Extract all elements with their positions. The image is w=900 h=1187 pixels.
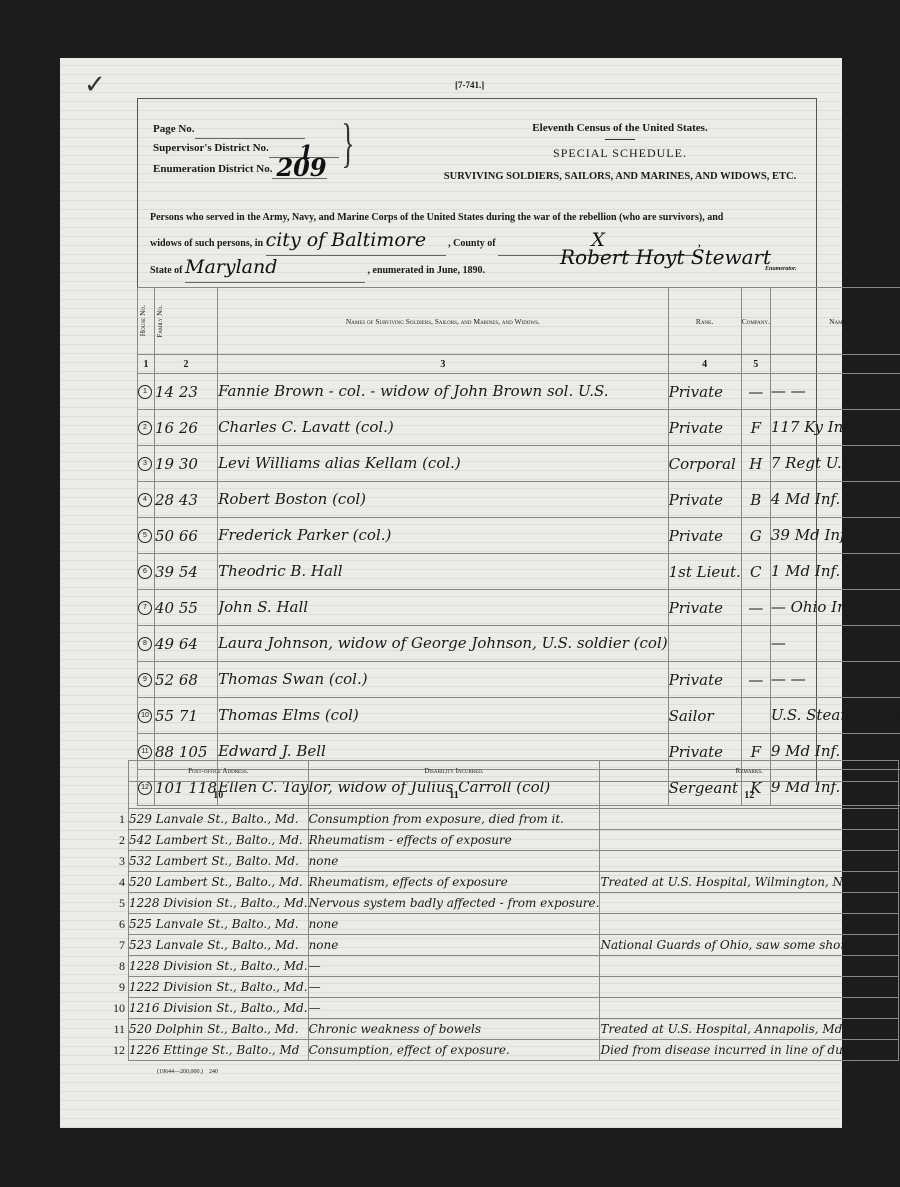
line-number: 5 — [113, 893, 129, 914]
post-office-address: 525 Lanvale St., Balto., Md. — [129, 914, 309, 935]
census-title: Eleventh Census of the United States. — [430, 122, 810, 134]
line-number: 2 — [113, 830, 129, 851]
family-no: 14 23 — [155, 374, 218, 410]
post-office-address: 1228 Division St., Balto., Md. — [129, 893, 309, 914]
enumerator-signature: Robert Hoyt Stewart — [560, 245, 771, 269]
supervisor-label: Supervisor's District No. — [153, 139, 269, 158]
line-number: 10 — [113, 998, 129, 1019]
soldier-name: Theodric B. Hall — [218, 554, 669, 590]
disability: Nervous system badly affected - from exp… — [308, 893, 600, 914]
address-row: 7523 Lanvale St., Balto., Md.noneNationa… — [113, 935, 900, 956]
remarks — [600, 809, 899, 830]
post-office-address: 529 Lanvale St., Balto., Md. — [129, 809, 309, 830]
company: C — [741, 554, 770, 590]
col-num-11: 11 — [308, 782, 600, 809]
house-no: 10 — [138, 698, 155, 734]
soldier-name: Laura Johnson, widow of George Johnson, … — [218, 626, 669, 662]
enumeration-label: Enumeration District No. — [153, 160, 272, 179]
line-number: 6 — [113, 914, 129, 935]
address-row: 3532 Lambert St., Balto. Md.none3 — [113, 851, 900, 872]
regiment: — — — [770, 374, 900, 410]
post-office-address: 1222 Division St., Balto., Md. — [129, 977, 309, 998]
company: F — [741, 410, 770, 446]
soldier-row: 550 66Frederick Parker (col.)PrivateG39 … — [138, 518, 900, 554]
soldier-name: John S. Hall — [218, 590, 669, 626]
disability: — — [308, 956, 600, 977]
disability: — — [308, 977, 600, 998]
disability: Rheumatism - effects of exposure — [308, 830, 600, 851]
line-circle: 3 — [138, 457, 152, 471]
city-field: city of Baltimore — [266, 229, 446, 256]
soldier-name: Robert Boston (col) — [218, 482, 669, 518]
enumeration-field: 209 — [272, 158, 327, 179]
regiment: 4 Md Inf. — [770, 482, 900, 518]
county-label: , County of — [448, 238, 496, 249]
line-number: 12 — [113, 1040, 129, 1061]
remarks-header: Remarks. — [600, 761, 899, 782]
rank: Private — [668, 518, 741, 554]
names-header: Names of Surviving Soldiers, Sailors, an… — [218, 288, 669, 355]
company — [741, 626, 770, 662]
line-circle: 7 — [138, 601, 152, 615]
disability: none — [308, 914, 600, 935]
line-number: 1 — [113, 809, 129, 830]
disability-header: Disability Incurred. — [308, 761, 600, 782]
remarks: Died from disease incurred in line of du… — [600, 1040, 899, 1061]
line-circle: 8 — [138, 637, 152, 651]
remarks — [600, 956, 899, 977]
rank: Private — [668, 662, 741, 698]
print-number: (19644—200,000.) 240 — [157, 1069, 218, 1075]
page-no-field — [195, 124, 305, 139]
col-num-12: 12 — [600, 782, 899, 809]
family-no: 28 43 — [155, 482, 218, 518]
rank: Private — [668, 590, 741, 626]
family-no: 19 30 — [155, 446, 218, 482]
state-field: Maryland — [185, 256, 365, 283]
remarks — [600, 851, 899, 872]
soldier-row: 1055 71Thomas Elms (col)Sailor U.S. Stea… — [138, 698, 900, 734]
family-no: 55 71 — [155, 698, 218, 734]
address-row: 81228 Division St., Balto., Md.—8 — [113, 956, 900, 977]
house-no: 7 — [138, 590, 155, 626]
house-no: 2 — [138, 410, 155, 446]
col-num-4: 4 — [668, 355, 741, 374]
census-heading: Eleventh Census of the United States. SP… — [430, 122, 810, 182]
disability: Consumption, effect of exposure. — [308, 1040, 600, 1061]
schedule-title: SPECIAL SCHEDULE. — [430, 146, 810, 161]
check-mark: ✓ — [84, 70, 106, 100]
soldier-row: 952 68Thomas Swan (col.)Private—— —— — 1… — [138, 662, 900, 698]
rank: Corporal — [668, 446, 741, 482]
soldier-row: 740 55John S. HallPrivate—— Ohio Inf.— —… — [138, 590, 900, 626]
family-no: 52 68 — [155, 662, 218, 698]
line-circle: 5 — [138, 529, 152, 543]
house-no: 5 — [138, 518, 155, 554]
company-header: Company. — [741, 288, 770, 355]
col-num-1: 1 — [138, 355, 155, 374]
col-num-2: 2 — [155, 355, 218, 374]
address-row: 51228 Division St., Balto., Md.Nervous s… — [113, 893, 900, 914]
line-circle: 1 — [138, 385, 152, 399]
post-office-address: 1226 Ettinge St., Balto., Md — [129, 1040, 309, 1061]
soldier-row: 849 64Laura Johnson, widow of George Joh… — [138, 626, 900, 662]
address-row: 121226 Ettinge St., Balto., MdConsumptio… — [113, 1040, 900, 1061]
regiment-header: Name of Regiment or Vessel. — [770, 288, 900, 355]
disability: — — [308, 998, 600, 1019]
remarks: Treated at U.S. Hospital, Annapolis, Md. — [600, 1019, 899, 1040]
company: B — [741, 482, 770, 518]
company: — — [741, 374, 770, 410]
post-office-address: 523 Lanvale St., Balto., Md. — [129, 935, 309, 956]
company: G — [741, 518, 770, 554]
disability: Chronic weakness of bowels — [308, 1019, 600, 1040]
regiment: U.S. Steamship Resolute — [770, 698, 900, 734]
regiment: — — [770, 626, 900, 662]
line-circle: 6 — [138, 565, 152, 579]
soldier-row: 319 30Levi Williams alias Kellam (col.)C… — [138, 446, 900, 482]
state-label: State of — [150, 265, 183, 276]
remarks — [600, 830, 899, 851]
line-circle: 11 — [138, 745, 152, 759]
soldier-name: Charles C. Lavatt (col.) — [218, 410, 669, 446]
company: H — [741, 446, 770, 482]
soldier-name: Frederick Parker (col.) — [218, 518, 669, 554]
address-row: 2542 Lambert St., Balto., Md.Rheumatism … — [113, 830, 900, 851]
house-no: 9 — [138, 662, 155, 698]
post-office-address: 1228 Division St., Balto., Md. — [129, 956, 309, 977]
house-no-header: House No. — [138, 288, 155, 355]
regiment: — — — [770, 662, 900, 698]
district-info: Page No. Supervisor's District No.1 Enum… — [153, 120, 339, 179]
soldier-name: Thomas Elms (col) — [218, 698, 669, 734]
address-table: Post-office Address. Disability Incurred… — [113, 760, 900, 1061]
soldier-row: 428 43Robert Boston (col)PrivateB4 Md In… — [138, 482, 900, 518]
family-no: 39 54 — [155, 554, 218, 590]
line-circle: 2 — [138, 421, 152, 435]
rank: 1st Lieut. — [668, 554, 741, 590]
regiment: 7 Regt U.S. col. Volunteers — [770, 446, 900, 482]
soldier-row: 114 23Fannie Brown - col. - widow of Joh… — [138, 374, 900, 410]
enumerated-label: , enumerated in June, 1890. — [368, 265, 486, 276]
regiment: — Ohio Inf. — [770, 590, 900, 626]
disability: none — [308, 935, 600, 956]
line-number: 11 — [113, 1019, 129, 1040]
enumerator-label: Enumerator. — [765, 266, 797, 272]
family-no-header: Family No. — [155, 288, 218, 355]
col-num-10: 10 — [129, 782, 309, 809]
family-no: 16 26 — [155, 410, 218, 446]
house-no: 6 — [138, 554, 155, 590]
address-row: 11520 Dolphin St., Balto., Md.Chronic we… — [113, 1019, 900, 1040]
col-num-5: 5 — [741, 355, 770, 374]
rank: Sailor — [668, 698, 741, 734]
post-office-address: 520 Dolphin St., Balto., Md. — [129, 1019, 309, 1040]
col-num-6: 6 — [770, 355, 900, 374]
remarks — [600, 893, 899, 914]
house-no: 3 — [138, 446, 155, 482]
rank-header: Rank. — [668, 288, 741, 355]
company — [741, 698, 770, 734]
line-circle: 4 — [138, 493, 152, 507]
regiment: 39 Md Inf. — [770, 518, 900, 554]
regiment: 117 Ky Inf. — [770, 410, 900, 446]
rank: Private — [668, 482, 741, 518]
soldier-row: 216 26Charles C. Lavatt (col.)PrivateF11… — [138, 410, 900, 446]
address-header: Post-office Address. — [129, 761, 309, 782]
post-office-address: 532 Lambert St., Balto. Md. — [129, 851, 309, 872]
house-no: 4 — [138, 482, 155, 518]
line-number: 8 — [113, 956, 129, 977]
address-row: 91222 Division St., Balto., Md.—9 — [113, 977, 900, 998]
address-row: 6525 Lanvale St., Balto., Md.none6 — [113, 914, 900, 935]
post-office-address: 1216 Division St., Balto., Md. — [129, 998, 309, 1019]
house-no: 1 — [138, 374, 155, 410]
family-no: 49 64 — [155, 626, 218, 662]
soldier-row: 639 54Theodric B. Hall1st Lieut.C1 Md In… — [138, 554, 900, 590]
schedule-subtitle: SURVIVING SOLDIERS, SAILORS, AND MARINES… — [430, 171, 810, 182]
line-circle: 10 — [138, 709, 152, 723]
heading-rule — [605, 139, 635, 140]
rank: Private — [668, 410, 741, 446]
remarks — [600, 977, 899, 998]
family-no: 50 66 — [155, 518, 218, 554]
brace-decoration: } — [341, 116, 354, 170]
address-row: 101216 Division St., Balto., Md.—10 — [113, 998, 900, 1019]
intro-line2-prefix: widows of such persons, in — [150, 238, 263, 249]
soldier-name: Levi Williams alias Kellam (col.) — [218, 446, 669, 482]
line-number: 3 — [113, 851, 129, 872]
soldier-name: Fannie Brown - col. - widow of John Brow… — [218, 374, 669, 410]
rank: Private — [668, 374, 741, 410]
remarks: National Guards of Ohio, saw some short … — [600, 935, 899, 956]
rank — [668, 626, 741, 662]
soldiers-table: House No. Family No. Names of Surviving … — [137, 287, 900, 806]
line-circle: 9 — [138, 673, 152, 687]
disability: Consumption from exposure, died from it. — [308, 809, 600, 830]
line-number: 4 — [113, 872, 129, 893]
family-no: 40 55 — [155, 590, 218, 626]
company: — — [741, 590, 770, 626]
post-office-address: 520 Lambert St., Balto., Md. — [129, 872, 309, 893]
line-number: 9 — [113, 977, 129, 998]
remarks — [600, 998, 899, 1019]
company: — — [741, 662, 770, 698]
remarks — [600, 914, 899, 935]
house-no: 8 — [138, 626, 155, 662]
post-office-address: 542 Lambert St., Balto., Md. — [129, 830, 309, 851]
page-no-label: Page No. — [153, 120, 195, 139]
address-row: 4520 Lambert St., Balto., Md.Rheumatism,… — [113, 872, 900, 893]
disability: Rheumatism, effects of exposure — [308, 872, 600, 893]
disability: none — [308, 851, 600, 872]
remarks: Treated at U.S. Hospital, Wilmington, N.… — [600, 872, 899, 893]
line-number: 7 — [113, 935, 129, 956]
address-row: 1529 Lanvale St., Balto., Md.Consumption… — [113, 809, 900, 830]
intro-line1: Persons who served in the Army, Navy, an… — [150, 207, 810, 229]
form-code: [7-741.] — [455, 80, 484, 90]
regiment: 1 Md Inf. — [770, 554, 900, 590]
col-num-3: 3 — [218, 355, 669, 374]
soldier-name: Thomas Swan (col.) — [218, 662, 669, 698]
